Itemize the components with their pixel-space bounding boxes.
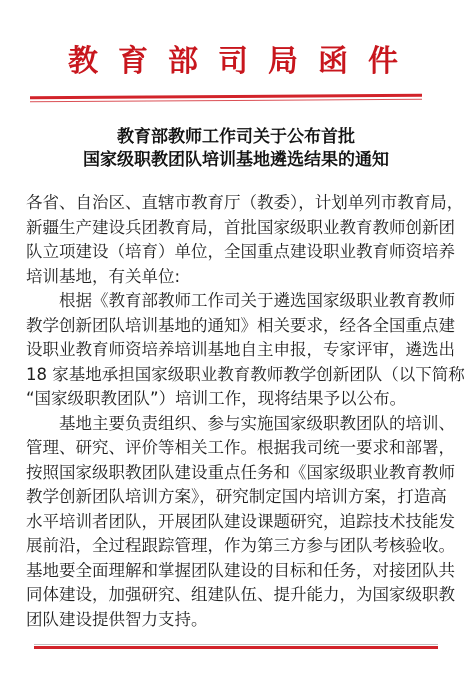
body-line: 教学创新团队培训基地的通知》相关要求，经各全国重点建: [26, 314, 436, 339]
body-line: 管理、研究、评价等相关工作。根据我司统一要求和部署，: [26, 436, 436, 461]
letterhead-rule-top-thin: [30, 99, 422, 102]
body-line: 18 家基地承担国家级职业教育教师教学创新团队（以下简称: [26, 363, 436, 388]
body-line: 根据《教育部教师工作司关于遴选国家级职业教育教师: [26, 289, 436, 314]
body-line: 按照国家级职教团队建设重点任务和《国家级职业教育教师: [26, 461, 436, 486]
body-line: 教学创新团队培训方案》，研究制定国内培训方案，打造高: [26, 485, 436, 510]
footer-rule-thin: [34, 644, 438, 645]
body-line: 水平培训者团队，开展团队建设课题研究，追踪技术技能发: [26, 510, 436, 535]
body-line: “国家级职教团队”）培训工作，现将结果予以公布。: [26, 387, 436, 412]
body-line: 基地要全面理解和掌握团队建设的目标和任务，对接团队共: [26, 559, 436, 584]
letterhead-title: 教育部司局函件: [0, 44, 472, 80]
body-line: 设职业教育师资培养培训基地自主申报，专家评审，遴选出: [26, 338, 436, 363]
body-line: 队立项建设（培育）单位，全国重点建设职业教育师资培养: [26, 240, 436, 265]
body-line: 基地主要负责组织、参与实施国家级职教团队的培训、: [26, 412, 436, 437]
body-line: 培训基地，有关单位:: [26, 265, 436, 290]
footer-rule-thick: [34, 646, 438, 649]
body-line: 各省、自治区、直辖市教育厅（教委），计划单列市教育局，: [26, 191, 436, 216]
notice-heading-line-1: 教育部教师工作司关于公布首批: [0, 126, 472, 148]
notice-heading-line-2: 国家级职教团队培训基地遴选结果的通知: [0, 149, 472, 171]
body-line: 新疆生产建设兵团教育局，首批国家级职业教育教师创新团: [26, 216, 436, 241]
body-line: 团队建设提供智力支持。: [26, 608, 436, 633]
body-line: 同体建设，加强研究、组建队伍、提升能力，为国家级职教: [26, 583, 436, 608]
notice-body: 各省、自治区、直辖市教育厅（教委），计划单列市教育局， 新疆生产建设兵团教育局，…: [26, 191, 436, 632]
body-line: 展前沿，全过程跟踪管理，作为第三方参与团队考核验收。: [26, 534, 436, 559]
